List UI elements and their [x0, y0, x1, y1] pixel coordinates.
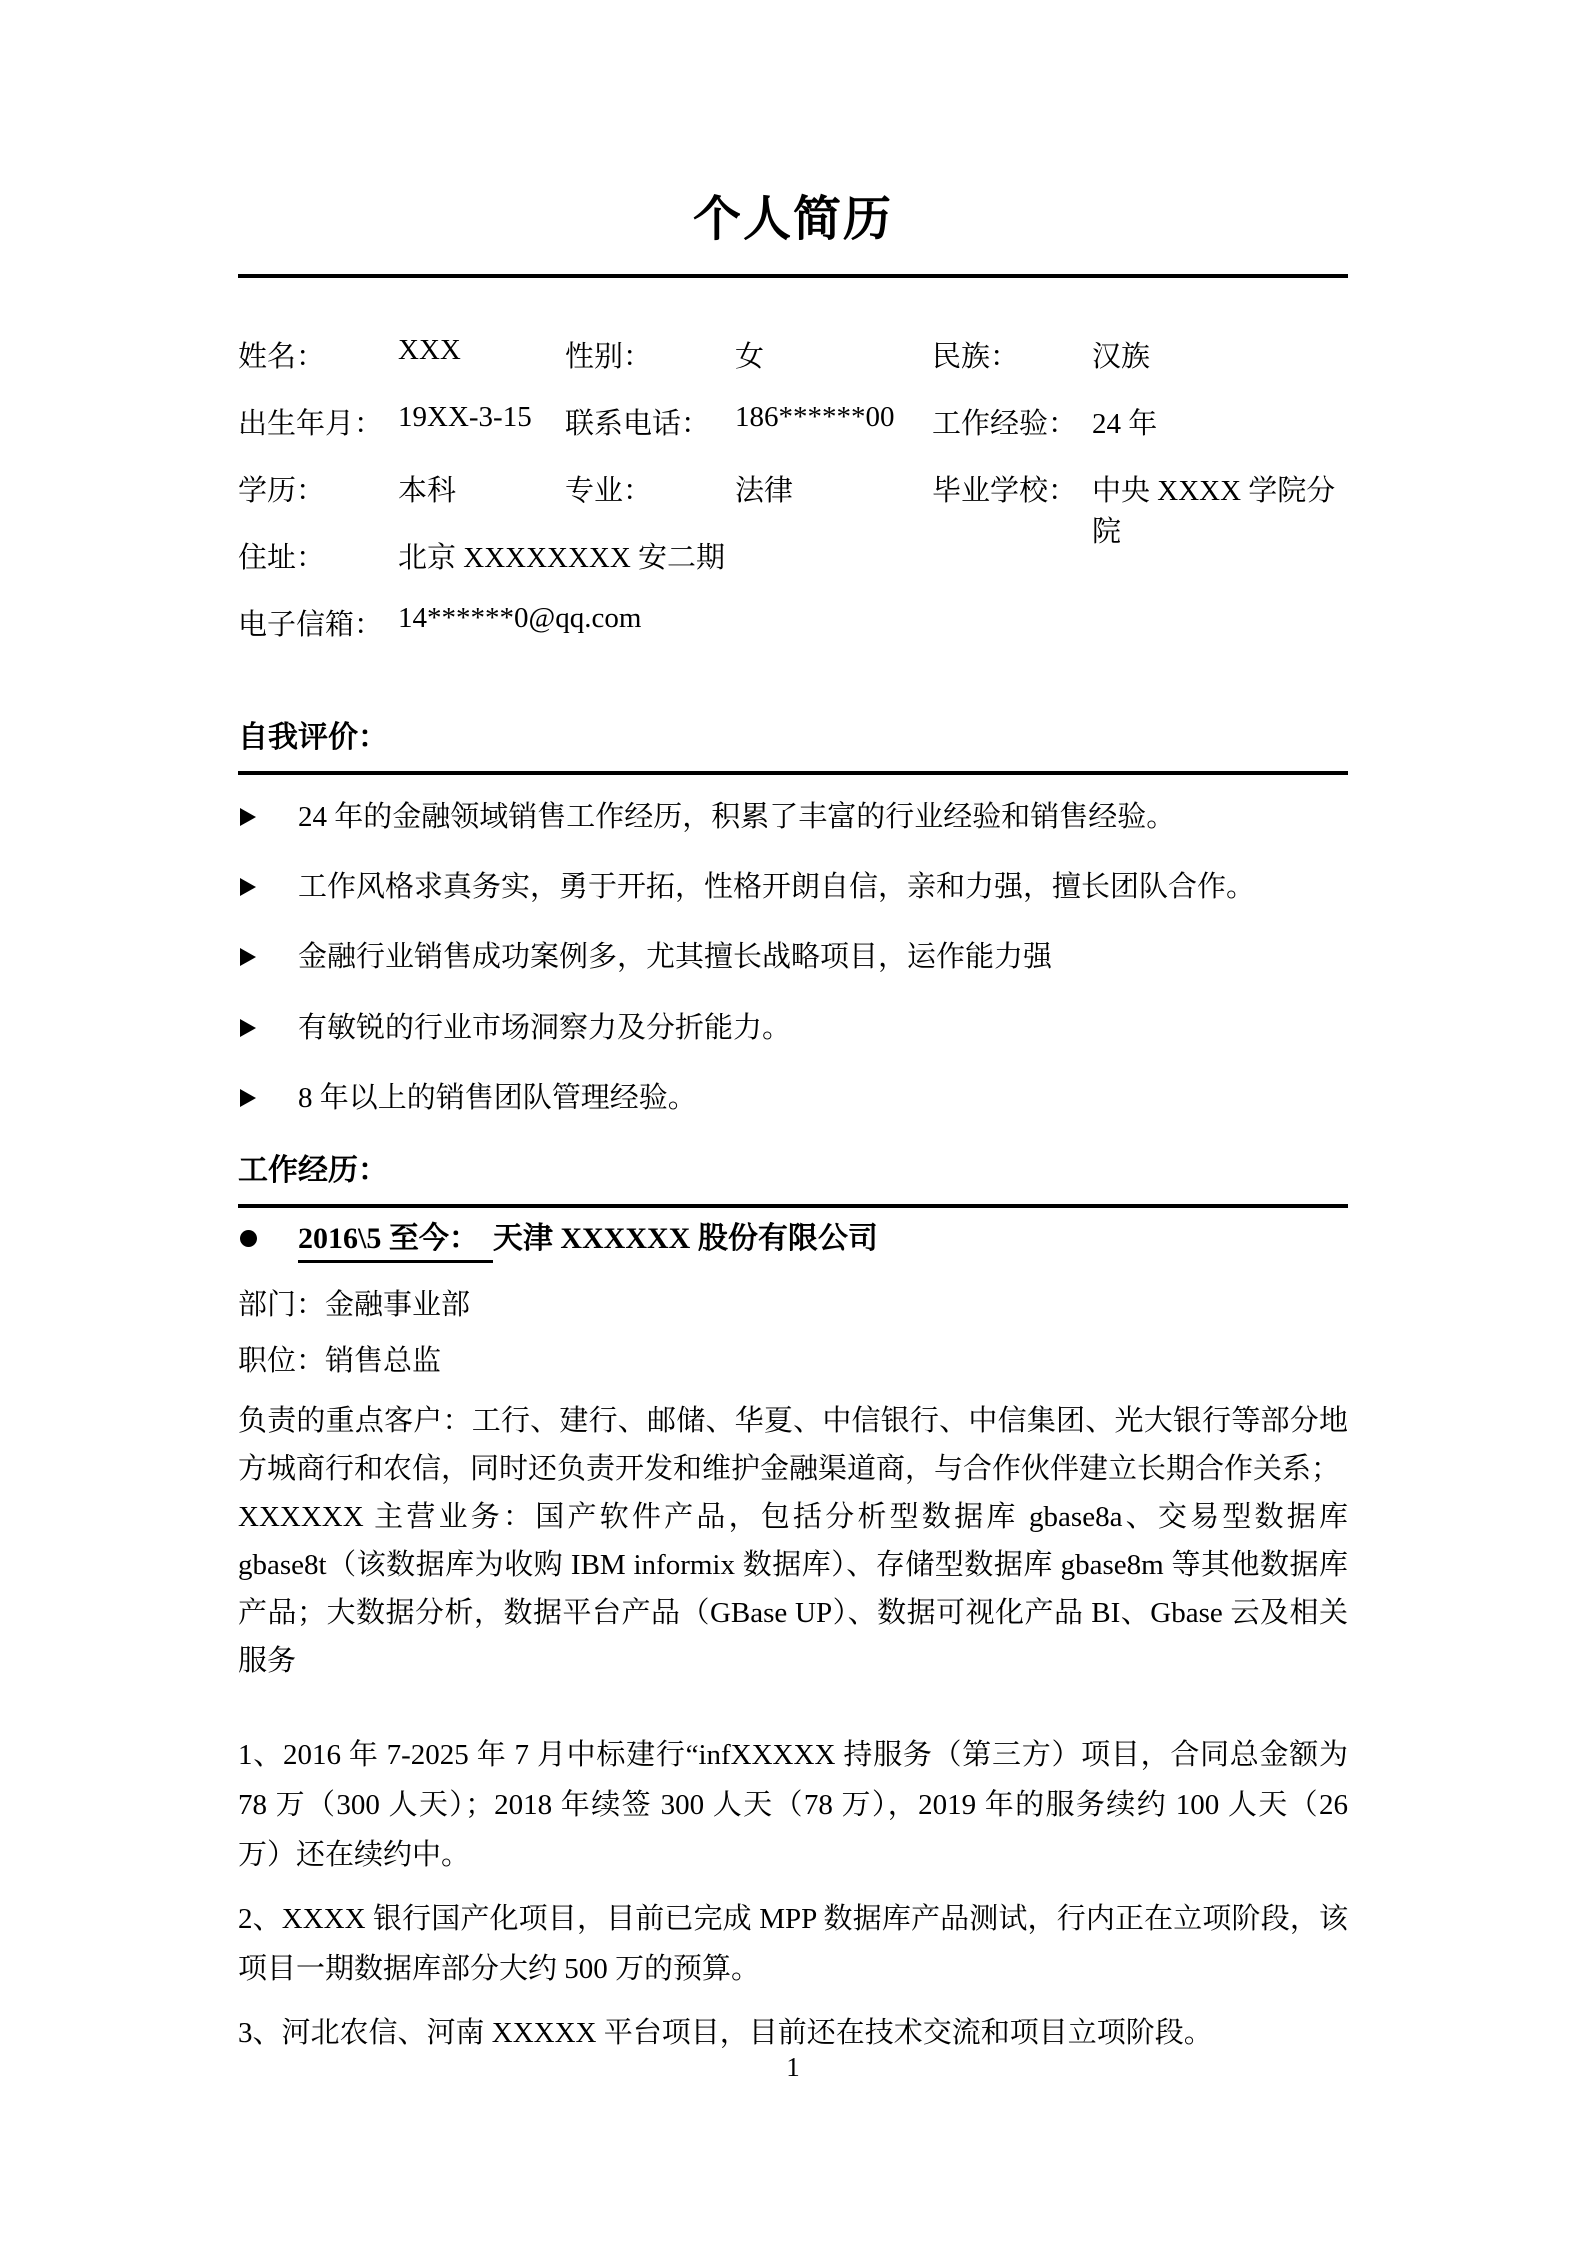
info-row-birth-phone-experience: 出生年月： 19XX-3-15 联系电话： 186******00 工作经验： …	[238, 401, 1348, 468]
info-row-education-major-school: 学历： 本科 专业： 法律 毕业学校： 中央 XXXX 学院分院	[238, 468, 1348, 535]
phone-value: 186******00	[735, 401, 932, 434]
page-title: 个人简历	[238, 190, 1348, 250]
arrow-bullet-icon	[240, 1089, 256, 1107]
job-department: 部门：金融事业部	[238, 1287, 1348, 1325]
phone-label: 联系电话：	[565, 401, 735, 442]
gender-value: 女	[735, 334, 932, 375]
arrow-bullet-icon	[240, 1019, 256, 1037]
self-evaluation-text: 金融行业销售成功案例多，尤其擅长战略项目，运作能力强	[298, 941, 1052, 974]
job-header: 2016\5 至今： 天津 XXXXXX 股份有限公司	[238, 1220, 1348, 1264]
personal-info-table: 姓名： XXX 性别： 女 民族： 汉族 出生年月： 19XX-3-15 联系电…	[238, 334, 1348, 669]
major-label: 专业：	[565, 468, 735, 509]
title-divider	[238, 274, 1348, 278]
experience-label: 工作经验：	[932, 401, 1092, 442]
address-label: 住址：	[238, 535, 398, 576]
experience-value: 24 年	[1092, 401, 1348, 442]
email-label: 电子信箱：	[238, 602, 398, 643]
name-value: XXX	[398, 334, 565, 367]
ethnicity-value: 汉族	[1092, 334, 1348, 375]
arrow-bullet-icon	[240, 808, 256, 826]
job-company: 天津 XXXXXX 股份有限公司	[493, 1220, 878, 1264]
self-evaluation-list: 24 年的金融领域销售工作经历，积累了丰富的行业经验和销售经验。 工作风格求真务…	[238, 801, 1348, 1116]
list-item: 工作风格求真务实，勇于开拓，性格开朗自信，亲和力强，擅长团队合作。	[238, 871, 1348, 904]
dot-bullet-icon	[240, 1230, 257, 1247]
job-business-paragraph: XXXXXX 主营业务：国产软件产品，包括分析型数据库 gbase8a、交易型数…	[238, 1493, 1348, 1685]
list-item: 金融行业销售成功案例多，尤其擅长战略项目，运作能力强	[238, 941, 1348, 974]
self-evaluation-text: 8 年以上的销售团队管理经验。	[298, 1082, 697, 1115]
major-value: 法律	[735, 468, 932, 509]
job-period: 2016\5 至今：	[298, 1220, 493, 1264]
section-heading-work-experience: 工作经历：	[238, 1152, 1348, 1190]
school-label: 毕业学校：	[932, 468, 1092, 509]
birthdate-label: 出生年月：	[238, 401, 398, 442]
project-item: 1、2016 年 7-2025 年 7 月中标建行“infXXXXX 持服务（第…	[238, 1730, 1348, 1880]
arrow-bullet-icon	[240, 948, 256, 966]
education-value: 本科	[398, 468, 565, 509]
section-heading-self-evaluation: 自我评价：	[238, 719, 1348, 757]
info-row-email: 电子信箱： 14******0@qq.com	[238, 602, 1348, 669]
address-value: 北京 XXXXXXXX 安二期	[398, 535, 725, 576]
content-area: 个人简历 姓名： XXX 性别： 女 民族： 汉族 出生年月： 19XX-3-1…	[238, 0, 1348, 2058]
job-clients-paragraph: 负责的重点客户：工行、建行、邮储、华夏、中信银行、中信集团、光大银行等部分地方城…	[238, 1397, 1348, 1493]
info-row-name-gender-ethnicity: 姓名： XXX 性别： 女 民族： 汉族	[238, 334, 1348, 401]
list-item: 有敏锐的行业市场洞察力及分折能力。	[238, 1012, 1348, 1045]
self-evaluation-text: 24 年的金融领域销售工作经历，积累了丰富的行业经验和销售经验。	[298, 801, 1175, 834]
list-item: 24 年的金融领域销售工作经历，积累了丰富的行业经验和销售经验。	[238, 801, 1348, 834]
education-label: 学历：	[238, 468, 398, 509]
self-evaluation-divider	[238, 771, 1348, 775]
email-value: 14******0@qq.com	[398, 602, 641, 635]
page-number: 1	[238, 2052, 1348, 2083]
birthdate-value: 19XX-3-15	[398, 401, 565, 434]
work-experience-divider	[238, 1204, 1348, 1208]
self-evaluation-text: 工作风格求真务实，勇于开拓，性格开朗自信，亲和力强，擅长团队合作。	[298, 871, 1255, 904]
gender-label: 性别：	[565, 334, 735, 375]
name-label: 姓名：	[238, 334, 398, 375]
project-item: 3、河北农信、河南 XXXXX 平台项目，目前还在技术交流和项目立项阶段。	[238, 2008, 1348, 2058]
school-value: 中央 XXXX 学院分院	[1092, 468, 1348, 550]
self-evaluation-text: 有敏锐的行业市场洞察力及分折能力。	[298, 1012, 791, 1045]
arrow-bullet-icon	[240, 878, 256, 896]
list-item: 8 年以上的销售团队管理经验。	[238, 1082, 1348, 1115]
project-item: 2、XXXX 银行国产化项目，目前已完成 MPP 数据库产品测试，行内正在立项阶…	[238, 1894, 1348, 1994]
resume-page: 个人简历 姓名： XXX 性别： 女 民族： 汉族 出生年月： 19XX-3-1…	[0, 0, 1587, 2245]
ethnicity-label: 民族：	[932, 334, 1092, 375]
job-position: 职位：销售总监	[238, 1343, 1348, 1381]
